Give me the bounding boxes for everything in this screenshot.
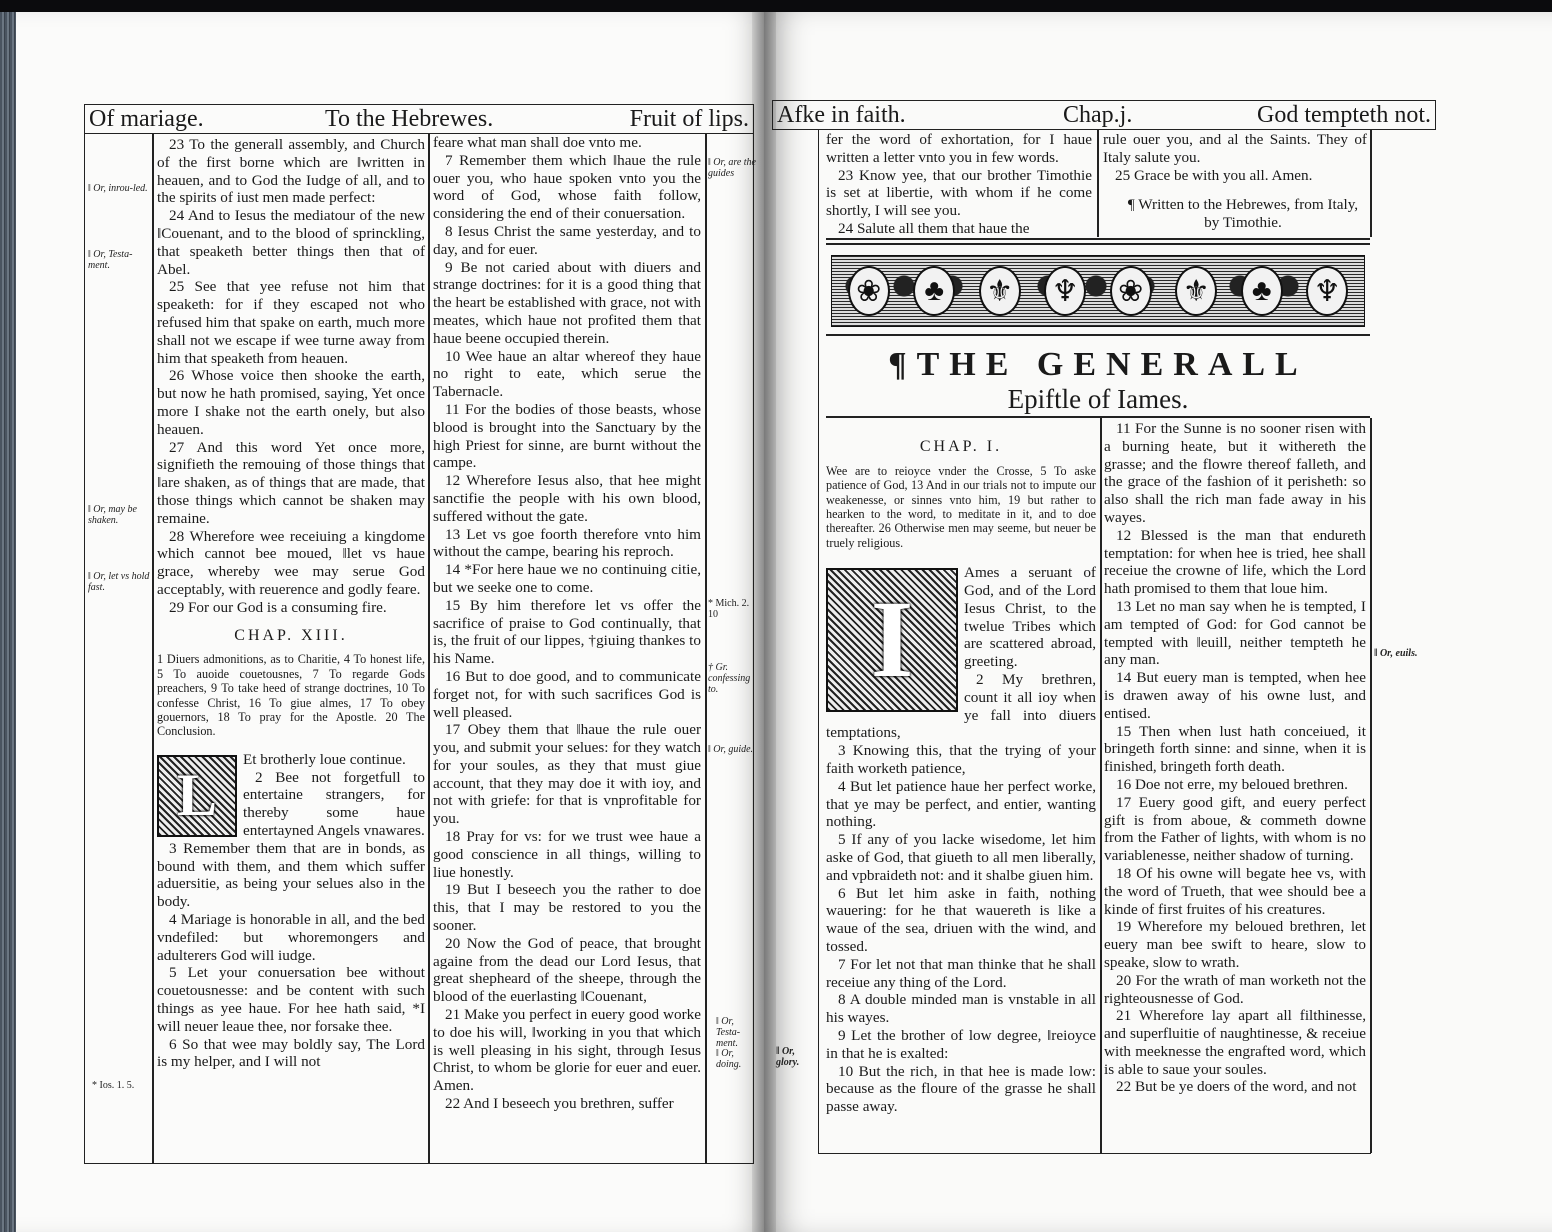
verse: 12 Blessed is the man that endureth temp… xyxy=(1104,527,1366,598)
decorated-initial-L: L xyxy=(157,755,237,837)
verse: 6 But let him aske in faith, nothing wau… xyxy=(826,885,1096,956)
margin-note: ‖ Or, inrou-led. xyxy=(88,183,150,194)
verse: 18 Pray for vs: for we trust wee haue a … xyxy=(433,828,701,881)
column-rule xyxy=(1370,130,1372,237)
margin-note: ‖ Or, glory. xyxy=(776,1046,820,1068)
book-gutter xyxy=(752,12,776,1232)
verse: 16 But to doe good, and to communicate f… xyxy=(433,668,701,721)
verse: feare what man shall doe vnto me. xyxy=(433,134,701,152)
harp-icon: ♆ xyxy=(1306,266,1348,316)
verse: 8 Iesus Christ the same yesterday, and t… xyxy=(433,223,701,259)
hebrews-end-column-1: fer the word of exhortation, for I haue … xyxy=(826,131,1092,238)
header-left-text: Afke in faith. xyxy=(777,101,906,129)
rose-icon: ❀ xyxy=(1110,266,1152,316)
margin-note: ‖ Or, are the guides xyxy=(708,157,756,179)
thistle-icon: ♣ xyxy=(913,266,955,316)
verse: 5 Let your conuersation bee without coue… xyxy=(157,964,425,1035)
margin-note: ‖ Or, guide. xyxy=(708,744,756,755)
column-rule xyxy=(152,134,154,1164)
book-page-edges xyxy=(0,12,16,1232)
verse: 10 But the rich, in that hee is made low… xyxy=(826,1063,1096,1116)
verse: 10 Wee haue an altar whereof they haue n… xyxy=(433,348,701,401)
left-page-column-1: 23 To the generall assembly, and Church … xyxy=(157,136,425,1071)
harp-icon: ♆ xyxy=(1044,266,1086,316)
margin-note: * Mich. 2. 10 xyxy=(708,598,758,620)
header-right-text: Fruit of lips. xyxy=(630,105,749,133)
verse: 26 Whose voice then shooke the earth, bu… xyxy=(157,367,425,438)
thistle-icon: ♣ xyxy=(1241,266,1283,316)
margin-note: ‖ Or, doing. xyxy=(716,1048,756,1070)
fleur-de-lis-icon: ⚜ xyxy=(1175,266,1217,316)
verse: 9 Let the brother of low degree, ‖reioyc… xyxy=(826,1027,1096,1063)
verse: 24 Salute all them that haue the xyxy=(826,220,1092,238)
margin-note: ‖ Or, may be shaken. xyxy=(88,504,150,526)
verse: 3 Knowing this, that the trying of your … xyxy=(826,742,1096,778)
book-title: ¶THE GENERALL xyxy=(826,346,1370,384)
book-subtitle: Epiftle of Iames. xyxy=(826,384,1370,415)
verse: 4 But let patience haue her perfect work… xyxy=(826,778,1096,831)
fleur-de-lis-icon: ⚜ xyxy=(979,266,1021,316)
verse: 25 See that yee refuse not him that spea… xyxy=(157,278,425,367)
chapter-summary: 1 Diuers admonitions, as to Charitie, 4 … xyxy=(157,652,425,738)
verse: 24 And to Iesus the mediatour of the new… xyxy=(157,207,425,278)
subscription: ¶ Written to the Hebrewes, from Italy, b… xyxy=(1103,196,1367,232)
rose-icon: ❀ xyxy=(848,266,890,316)
decorated-initial-I: I xyxy=(826,568,958,712)
verse: 14 But euery man is tempted, when hee is… xyxy=(1104,669,1366,722)
verse: 22 But be ye doers of the word, and not xyxy=(1104,1078,1366,1096)
verse: 5 If any of you lacke wisedome, let him … xyxy=(826,831,1096,884)
verse: 14 *For here haue we no continuing citie… xyxy=(433,561,701,597)
verse: 12 Wherefore Iesus also, that hee might … xyxy=(433,472,701,525)
chapter-heading: CHAP. XIII. xyxy=(157,627,425,645)
verse: 25 Grace be with you all. Amen. xyxy=(1103,167,1367,185)
section-rule xyxy=(826,334,1370,336)
verse: fer the word of exhortation, for I haue … xyxy=(826,131,1092,167)
left-page-column-2: feare what man shall doe vnto me. 7 Reme… xyxy=(433,134,701,1113)
section-rule xyxy=(826,238,1370,240)
james-column-1: CHAP. I. Wee are to reioyce vnder the Cr… xyxy=(826,430,1096,1116)
verse: 19 Wherefore my beloued brethren, let eu… xyxy=(1104,918,1366,971)
margin-note: * Ios. 1. 5. xyxy=(92,1080,152,1091)
hebrews-end-column-2: rule ouer you, and al the Saints. They o… xyxy=(1103,131,1367,232)
verse: 17 Obey them that ‖haue the rule ouer yo… xyxy=(433,721,701,828)
verse: 6 So that wee may boldly say, The Lord i… xyxy=(157,1036,425,1072)
verse: 4 Mariage is honorable in all, and the b… xyxy=(157,911,425,964)
verse: 17 Euery good gift, and euery perfect gi… xyxy=(1104,794,1366,865)
ornamental-banner: ❀ ♣ ⚜ ♆ ❀ ⚜ ♣ ♆ xyxy=(831,255,1365,327)
verse: 15 By him therefore let vs offer the sac… xyxy=(433,597,701,668)
verse: 29 For our God is a consuming fire. xyxy=(157,599,425,617)
margin-note: † Gr. confessing to. xyxy=(708,662,756,695)
verse: 21 Make you perfect in euery good worke … xyxy=(433,1006,701,1095)
header-center-text: Chap.j. xyxy=(1063,101,1132,129)
header-center-text: To the Hebrewes. xyxy=(325,105,493,133)
verse: 21 Wherefore lay apart all filthinesse, … xyxy=(1104,1007,1366,1078)
verse: 15 Then when lust hath conceiued, it bri… xyxy=(1104,723,1366,776)
section-rule xyxy=(826,416,1370,418)
verse: 22 And I beseech you brethren, suffer xyxy=(433,1095,701,1113)
verse: 7 For let not that man thinke that he sh… xyxy=(826,956,1096,992)
verse: 19 But I beseech you the rather to doe t… xyxy=(433,881,701,934)
verse: 23 To the generall assembly, and Church … xyxy=(157,136,425,207)
column-rule xyxy=(1100,418,1102,1153)
verse: 23 Know yee, that our brother Timothie i… xyxy=(826,167,1092,220)
verse: 7 Remember them which ‖haue the rule oue… xyxy=(433,152,701,223)
column-rule xyxy=(1097,130,1099,237)
verse: 20 For the wrath of man worketh not the … xyxy=(1104,972,1366,1008)
column-rule xyxy=(1370,418,1372,1153)
margin-note: ‖ Or, euils. xyxy=(1374,648,1444,659)
column-rule xyxy=(428,134,430,1164)
verse: 13 Let no man say when he is tempted, I … xyxy=(1104,598,1366,669)
verse: 28 Wherefore wee receiuing a kingdome wh… xyxy=(157,528,425,599)
column-rule xyxy=(705,134,707,1164)
section-rule xyxy=(826,243,1370,245)
verse: 11 For the Sunne is no sooner risen with… xyxy=(1104,420,1366,527)
margin-note: ‖ Or, Testa-ment. xyxy=(716,1016,756,1049)
margin-note: ‖ Or, let vs hold fast. xyxy=(88,571,150,593)
verse: 16 Doe not erre, my beloued brethren. xyxy=(1104,776,1366,794)
verse: 8 A double minded man is vnstable in all… xyxy=(826,991,1096,1027)
left-running-header: Of mariage. To the Hebrewes. Fruit of li… xyxy=(84,104,754,134)
verse: 13 Let vs goe foorth therefore vnto him … xyxy=(433,526,701,562)
verse: 11 For the bodies of those beasts, whose… xyxy=(433,401,701,472)
header-left-text: Of mariage. xyxy=(89,105,204,133)
margin-note: ‖ Or, Testa-ment. xyxy=(88,249,150,271)
verse: 27 And this word Yet once more, signifie… xyxy=(157,439,425,528)
verse: 9 Be not caried about with diuers and st… xyxy=(433,259,701,348)
chapter-summary: Wee are to reioyce vnder the Crosse, 5 T… xyxy=(826,464,1096,550)
verse: 20 Now the God of peace, that brought ag… xyxy=(433,935,701,1006)
right-running-header: Afke in faith. Chap.j. God tempteth not. xyxy=(772,100,1436,130)
james-column-2: 11 For the Sunne is no sooner risen with… xyxy=(1104,420,1366,1096)
header-right-text: God tempteth not. xyxy=(1257,101,1431,129)
verse: 3 Remember them that are in bonds, as bo… xyxy=(157,840,425,911)
verse: 18 Of his owne will begate hee vs, with … xyxy=(1104,865,1366,918)
verse: rule ouer you, and al the Saints. They o… xyxy=(1103,131,1367,167)
chapter-heading: CHAP. I. xyxy=(826,438,1096,456)
